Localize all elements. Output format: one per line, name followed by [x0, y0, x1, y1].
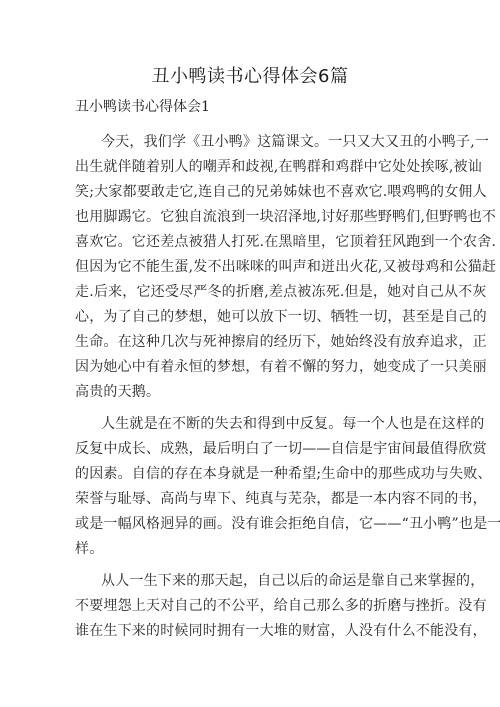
text-line: 不要埋怨上天对自己的不公平，给自己那么多的折磨与挫折。没有 [75, 595, 435, 615]
text-line: 笑;大家都要敢走它,连自己的兄弟姊妹也不喜欢它.喂鸡鸭的女佣人 [75, 181, 435, 201]
text-line: 高贵的天鹅。 [75, 381, 435, 401]
text-line: 也用脚踢它。它独自流浪到一块沼泽地,讨好那些野鸭们,但野鸭也不 [75, 206, 435, 226]
text-line: 或是一幅风格迥异的画。没有谁会拒绝自信，它——“丑小鸭”也是一 [75, 513, 435, 533]
text-line: 今天，我们学《丑小鸭》这篇课文。一只又大又丑的小鸭子,一 [101, 131, 435, 151]
text-line: 心，为了自己的梦想，她可以放下一切、牺牲一切，甚至是自己的 [75, 306, 435, 326]
text-line: 生命。在这种几次与死神擦肩的经历下，她始终没有放弃追求，正 [75, 331, 435, 351]
text-line: 因为她心中有着永恒的梦想，有着不懈的努力，她变成了一只美丽 [75, 356, 435, 376]
document-title: 丑小鸭读书心得体会6篇 [0, 62, 500, 88]
document-page: 丑小鸭读书心得体会6篇 丑小鸭读书心得体会1 今天，我们学《丑小鸭》这篇课文。一… [0, 0, 500, 707]
text-line: 荣誉与耻辱、高尚与卑下、纯真与芜杂，都是一本内容不同的书， [75, 488, 435, 508]
text-line: 的因素。自信的存在本身就是一种希望;生命中的那些成功与失败、 [75, 463, 435, 483]
text-line: 样。 [75, 538, 435, 558]
section-heading: 丑小鸭读书心得体会1 [75, 96, 210, 116]
text-line: 从人一生下来的那天起，自己以后的命运是靠自己来掌握的， [101, 570, 435, 590]
text-line: 走.后来，它还受尽严冬的折磨,差点被冻死.但是，她对自己从不灰 [75, 281, 435, 301]
text-line: 但因为它不能生蛋,发不出咪咪的叫声和迸出火花,又被母鸡和公猫赶 [75, 256, 435, 276]
text-line: 出生就伴随着别人的嘲弄和歧视,在鸭群和鸡群中它处处挨啄,被讪 [75, 156, 435, 176]
text-line: 反复中成长、成熟，最后明白了一切——自信是宇宙间最值得欣赏 [75, 438, 435, 458]
text-line: 谁在生下来的时候同时拥有一大堆的财富，人没有什么不能没有， [75, 620, 435, 640]
text-line: 人生就是在不断的失去和得到中反复。每一个人也是在这样的 [101, 413, 435, 433]
text-line: 喜欢它。它还差点被猎人打死.在黑暗里，它顶着狂风跑到一个农舍. [75, 231, 435, 251]
